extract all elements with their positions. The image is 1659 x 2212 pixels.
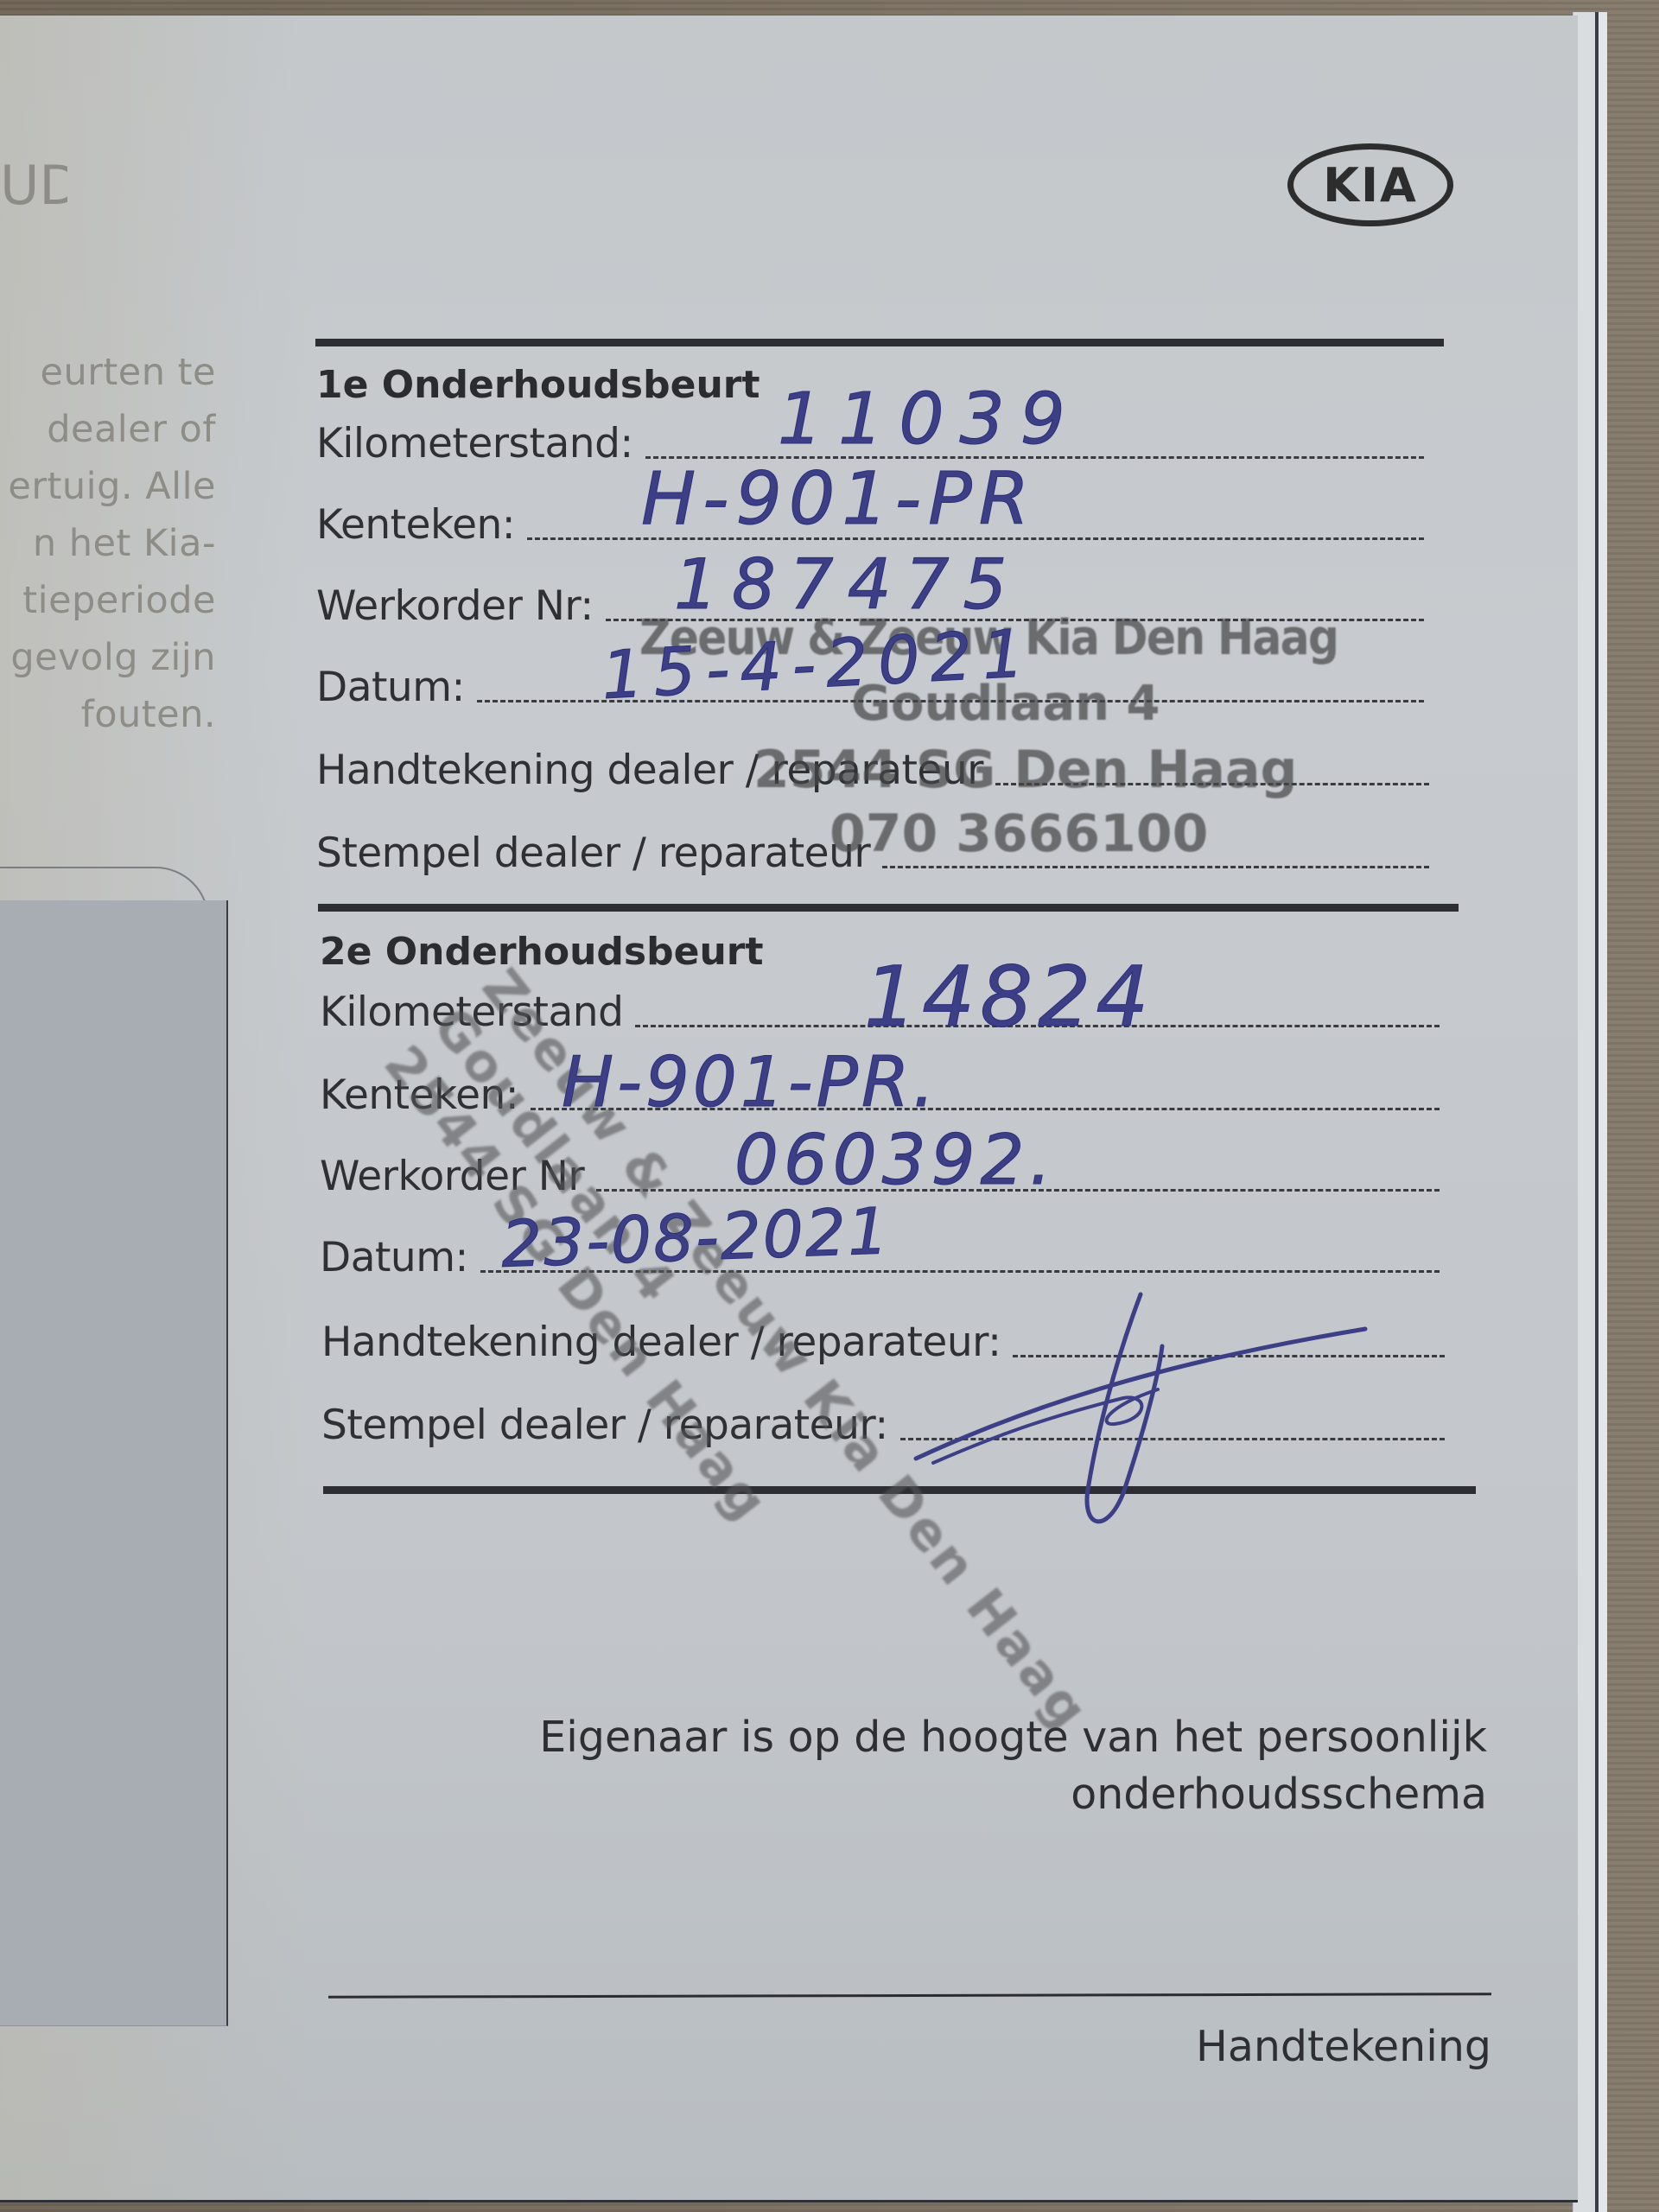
owner-signature-label: Handtekening <box>1196 2022 1491 2071</box>
dealer-signature <box>899 1277 1382 1536</box>
section-2-title: 2e Onderhoudsbeurt <box>320 930 764 974</box>
handwritten-km-2: 14824 <box>864 949 1154 1046</box>
handwritten-kenteken-1: H-901-PR <box>641 456 1036 541</box>
owner-statement: Eigenaar is op de hoogte van het persoon… <box>539 1709 1487 1823</box>
page-stack-edge-outer <box>1599 12 1607 2212</box>
section-1-title: 1e Onderhoudsbeurt <box>316 363 760 407</box>
left-page-text: eurten te dealer of ertuig. Alle n het K… <box>0 344 216 743</box>
maintenance-booklet-page: UD eurten te dealer of ertuig. Alle n he… <box>0 16 1578 2202</box>
dealer-stamp-line-4: 070 3666100 <box>829 804 1208 864</box>
handwritten-werkorder-2: 060392. <box>734 1120 1057 1200</box>
handwritten-werkorder-1: 187475 <box>674 544 1020 625</box>
owner-signature-line[interactable] <box>328 1993 1491 1999</box>
dealer-stamp-line-3: 2544 SG Den Haag <box>753 740 1297 800</box>
kia-logo: KIA <box>1287 143 1453 226</box>
section-divider <box>315 339 1444 346</box>
handwritten-kenteken-2: H-901-PR. <box>562 1042 938 1122</box>
section-divider <box>318 904 1459 912</box>
inserted-card <box>0 900 228 2026</box>
handwritten-datum-2: 23-08-2021 <box>500 1194 892 1282</box>
left-page-heading-fragment: UD <box>0 154 67 217</box>
handwritten-km-1: 11039 <box>778 378 1081 461</box>
